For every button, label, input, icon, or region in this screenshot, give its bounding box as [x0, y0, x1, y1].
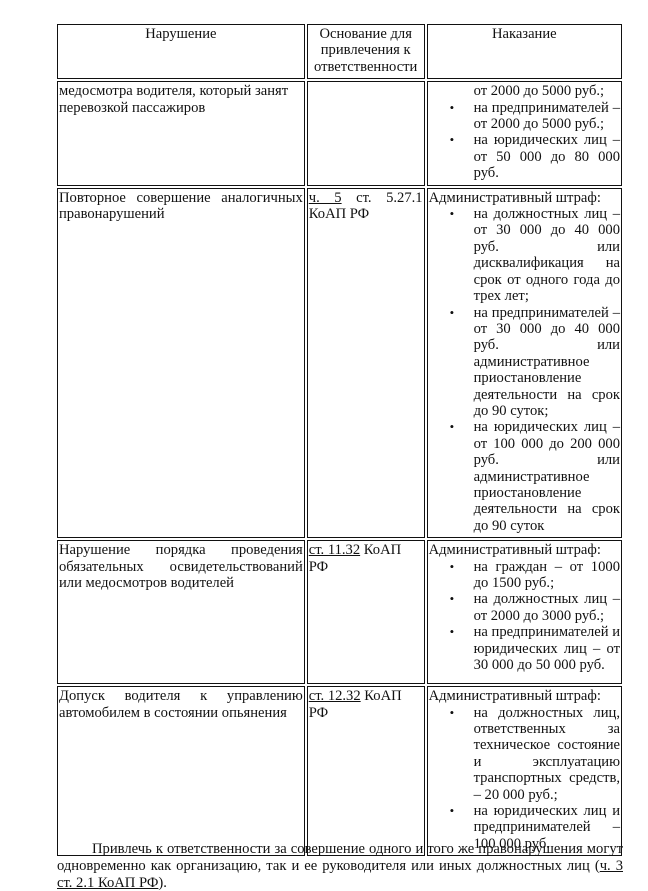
penalty-cell: Административный штраф: на граждан – от … [427, 540, 622, 684]
table-header-row: Нарушение Основание для привлечения к от… [57, 24, 622, 79]
penalty-list: на граждан – от 1000 до 1500 руб.; на до… [429, 559, 620, 674]
table-row: Повторное совершение аналогичных правона… [57, 188, 622, 539]
law-link[interactable]: ст. 12.32 [309, 688, 361, 704]
penalty-item: на предпринимателей – от 30 000 до 40 00… [474, 305, 620, 420]
penalty-item: на граждан – от 1000 до 1500 руб.; [474, 559, 620, 592]
penalty-cell: Административный штраф: на должностных л… [427, 188, 622, 539]
penalty-cell: от 2000 до 5000 руб.; на предпринимателе… [427, 81, 622, 185]
penalty-list: на должностных лиц – от 30 000 до 40 000… [429, 206, 620, 534]
penalty-item: на должностных лиц – от 30 000 до 40 000… [474, 206, 620, 304]
violation-text: Нарушение порядка проведения обязательны… [59, 542, 303, 591]
paragraph-tail: ). [158, 875, 167, 891]
penalty-list: на должностных лиц, ответственных за тех… [429, 705, 620, 853]
penalty-intro: Административный штраф: [429, 190, 620, 206]
violation-cell: Нарушение порядка проведения обязательны… [57, 540, 305, 684]
penalty-item: на предпринимателей и юридических лиц – … [474, 624, 620, 673]
basis-cell [307, 81, 425, 185]
law-link[interactable]: ч. 5 [309, 190, 342, 206]
penalty-item: на должностных лиц – от 2000 до 3000 руб… [474, 591, 620, 624]
penalty-item: на предпринимателей – от 2000 до 5000 ру… [474, 100, 620, 133]
penalty-list: на предпринимателей – от 2000 до 5000 ру… [429, 100, 620, 182]
table-row: Нарушение порядка проведения обязательны… [57, 540, 622, 684]
basis-cell: ч. 5 ст. 5.27.1 КоАП РФ [307, 188, 425, 539]
penalty-cell: Административный штраф: на должностных л… [427, 686, 622, 856]
law-link[interactable]: ст. 11.32 [309, 542, 360, 558]
penalty-item: на юридических лиц – от 50 000 до 80 000… [474, 132, 620, 181]
violation-text: Повторное совершение аналогичных правона… [59, 190, 303, 222]
violation-text: медосмотра водителя, который занят перев… [59, 83, 288, 115]
penalty-continuation: от 2000 до 5000 руб.; [429, 83, 620, 99]
table-row: Допуск водителя к управлению автомобилем… [57, 686, 622, 856]
basis-cell: ст. 12.32 КоАП РФ [307, 686, 425, 856]
penalties-table: Нарушение Основание для привлечения к от… [55, 22, 624, 858]
violation-cell: Повторное совершение аналогичных правона… [57, 188, 305, 539]
penalty-item: на должностных лиц, ответственных за тех… [474, 705, 620, 803]
footer-paragraph: Привлечь к ответственности за совершение… [57, 841, 623, 891]
header-penalty: Наказание [427, 24, 622, 79]
penalty-intro: Административный штраф: [429, 542, 620, 558]
violation-cell: Допуск водителя к управлению автомобилем… [57, 686, 305, 856]
penalty-item: на юридических лиц – от 100 000 до 200 0… [474, 419, 620, 534]
basis-cell: ст. 11.32 КоАП РФ [307, 540, 425, 684]
paragraph-text: Привлечь к ответственности за совершение… [57, 841, 623, 874]
header-violation: Нарушение [57, 24, 305, 79]
penalty-intro: Административный штраф: [429, 688, 620, 704]
violation-text: Допуск водителя к управлению автомобилем… [59, 688, 303, 720]
header-basis: Основание для привлечения к ответственно… [307, 24, 425, 79]
violation-cell: медосмотра водителя, который занят перев… [57, 81, 305, 185]
table-row: медосмотра водителя, который занят перев… [57, 81, 622, 185]
